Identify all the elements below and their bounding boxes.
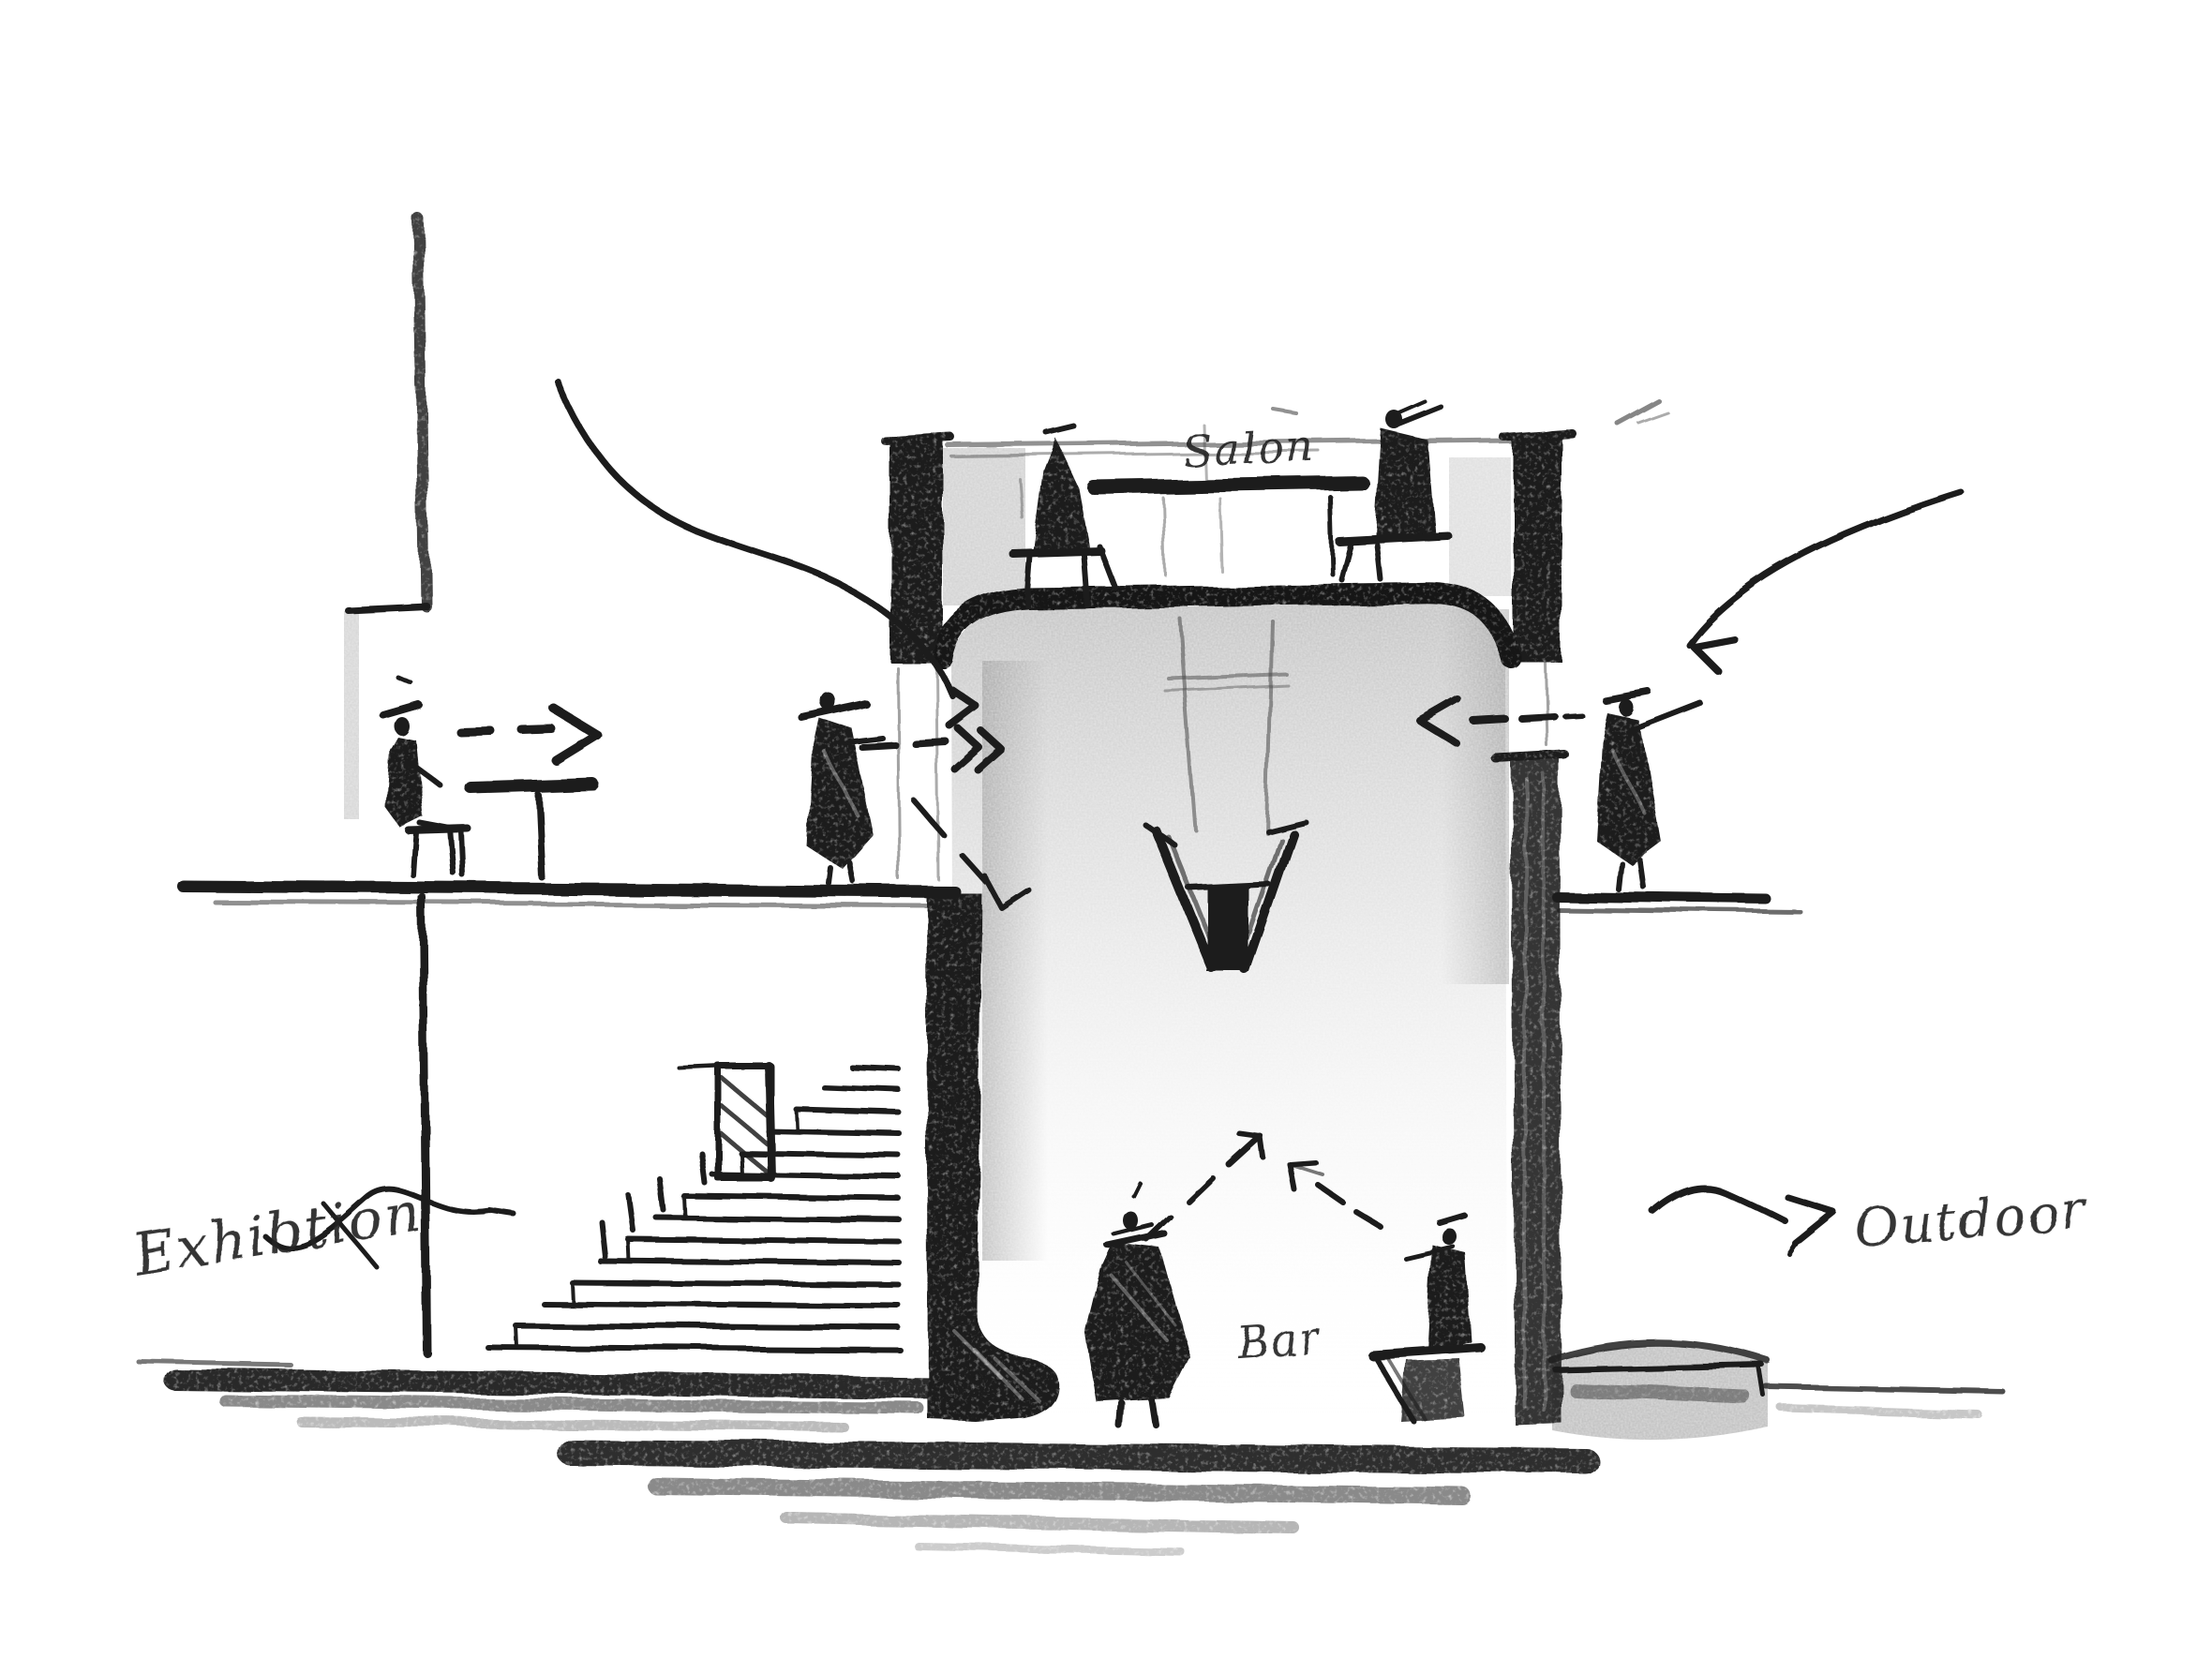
- dash: [521, 728, 551, 729]
- stair-tread: [797, 1110, 899, 1113]
- sketch-page: Salon Exhibtion Bar Outdoor: [0, 0, 2212, 1659]
- arrowhead: [1239, 1133, 1260, 1136]
- salon-left-chair-seat: [1014, 552, 1102, 555]
- stair-post: [629, 1196, 634, 1231]
- salon-left-figure-hat: [1047, 426, 1074, 433]
- salon-left-chair-leg-2: [1085, 557, 1089, 607]
- artwork-frame-right-edge: [769, 1066, 771, 1178]
- bar-standing-figure-leg-1: [1120, 1403, 1122, 1427]
- terrace-figure-leg-2: [1639, 859, 1643, 887]
- stair-riser: [572, 1282, 573, 1304]
- salon-left-wall-cap: [885, 437, 950, 441]
- stray-flick-mark: [1619, 402, 1660, 425]
- doorway-figure-leg-2: [849, 862, 853, 881]
- arrow-curve: [1652, 1188, 1786, 1221]
- upper-floor-underline: [216, 903, 928, 905]
- label-bar: Bar: [1235, 1312, 1324, 1368]
- exhibition-stairs: [487, 1069, 900, 1350]
- label-salon: Salon: [1182, 420, 1317, 477]
- pier-streak-1: [1524, 778, 1526, 1406]
- framed-artwork: [679, 1066, 771, 1178]
- terrace-figure-leg-1: [1618, 862, 1621, 889]
- bench-leg-1: [413, 832, 416, 875]
- salon-table-leg: [1330, 497, 1332, 574]
- exhibition-upper-wall-shade: [344, 611, 359, 819]
- dash: [1473, 719, 1505, 721]
- stair-riser: [628, 1239, 629, 1261]
- salon-sketch-vertical-2: [1162, 497, 1164, 574]
- bar-seated-figure-head: [1441, 1227, 1456, 1244]
- hall-left-wall-shading: [982, 661, 1048, 1261]
- stair-tread: [600, 1261, 900, 1263]
- salon-right-figure-body: [1375, 429, 1436, 542]
- stair-post: [701, 1153, 705, 1183]
- arrowhead-tail: [1788, 1243, 1795, 1253]
- ground-band-left: [174, 1379, 1010, 1389]
- ground-band-left-2: [225, 1400, 919, 1409]
- outdoor-label-arrow-icon: [1652, 1188, 1833, 1253]
- exhibition-seated-figure-body: [386, 737, 424, 829]
- doorway-figure-arm: [849, 737, 881, 740]
- exhibition-mast: [419, 219, 425, 605]
- arrowhead: [1788, 1198, 1833, 1243]
- bar-standing-figure-leg-2: [1152, 1400, 1156, 1425]
- salon-right-chair-leg-1: [1341, 544, 1351, 579]
- salon-left-chair-leg-1: [1027, 557, 1031, 605]
- stair-tread: [684, 1196, 899, 1199]
- stair-tread: [487, 1347, 900, 1350]
- stair-tread: [656, 1218, 900, 1220]
- stair-tread: [544, 1304, 900, 1307]
- ground-band-center: [570, 1452, 1586, 1461]
- hall-right-pier-cap: [1496, 755, 1564, 758]
- salon-table-top: [1094, 483, 1362, 487]
- seated-figure-hat: [384, 706, 420, 716]
- pier-streak-2: [1543, 773, 1545, 1411]
- salon-left-wall-poche: [889, 440, 943, 662]
- salon-right-chair-seat: [1339, 536, 1448, 542]
- stair-tread: [769, 1131, 900, 1134]
- doorway-figure-head: [821, 693, 836, 711]
- right-doorway-jamb: [1546, 664, 1547, 746]
- label-exhibition: Exhibtion: [128, 1179, 426, 1290]
- display-table-top: [471, 785, 593, 788]
- outdoor-ground-line: [1766, 1386, 2002, 1391]
- arrow-curve: [1689, 492, 1961, 645]
- dash: [915, 741, 946, 743]
- terrace-figure-head: [1617, 697, 1632, 714]
- doorway-figure-leg-1: [829, 868, 830, 883]
- mast-jog-line: [348, 606, 427, 610]
- salon-left-figure-shin: [1100, 547, 1116, 589]
- arrowhead: [1260, 1136, 1263, 1157]
- exhibition-left-wall: [423, 898, 426, 1353]
- salon-sketch-vertical-3: [1220, 499, 1222, 572]
- bench-leg-2: [461, 831, 463, 875]
- seated-figure-head-flick: [397, 677, 411, 682]
- display-table-leg: [538, 795, 542, 877]
- stair-riser: [516, 1325, 516, 1347]
- ground-band-center-3: [787, 1518, 1293, 1528]
- stair-landing: [853, 1069, 900, 1070]
- stair-riser: [740, 1153, 741, 1174]
- arrowhead: [1694, 639, 1734, 671]
- seated-figure-head: [396, 718, 411, 737]
- arrowhead: [555, 710, 598, 761]
- salon-roof-tick: [1275, 411, 1297, 414]
- stair-tread: [572, 1282, 899, 1285]
- stair-riser: [684, 1196, 685, 1218]
- stair-post: [660, 1179, 664, 1210]
- funnel-core: [1207, 886, 1248, 972]
- stair-post: [601, 1221, 605, 1256]
- salon-right-wall-poche: [1513, 438, 1562, 662]
- ground-band-center-2: [656, 1486, 1462, 1496]
- hall-right-wall-shading: [1442, 609, 1509, 984]
- terrace-figure-stick: [1627, 702, 1699, 730]
- terrace-figure-body: [1597, 715, 1661, 864]
- bar-seated-figure-body: [1427, 1245, 1472, 1350]
- salon-right-wall-shade: [1449, 457, 1511, 596]
- left-doorway-jamb-2: [936, 667, 938, 879]
- terrace-floor: [1556, 896, 1766, 899]
- outdoor-ground-texture: [1781, 1408, 1978, 1413]
- stair-tread: [825, 1088, 900, 1091]
- upper-floor-left-tail: [139, 1362, 291, 1365]
- salon-left-wall-shade: [943, 448, 1025, 605]
- dash: [861, 744, 894, 746]
- hall-right-pier: [1511, 755, 1562, 1425]
- sketch-canvas: Salon Exhibtion Bar Outdoor: [0, 0, 2212, 1659]
- left-doorway-jamb-1: [897, 667, 899, 879]
- ground-band-center-4: [919, 1547, 1181, 1552]
- dash: [459, 730, 490, 731]
- outdoor-mound-texture: [1575, 1389, 1743, 1397]
- artwork-top-tick: [679, 1066, 720, 1068]
- stair-tread: [740, 1153, 899, 1156]
- dash: [1564, 714, 1580, 715]
- label-outdoor: Outdoor: [1852, 1179, 2090, 1261]
- stair-tread: [516, 1325, 899, 1328]
- stray-flick-mark-2: [1639, 413, 1668, 424]
- terrace-floor-underline: [1558, 909, 1801, 912]
- salon-right-wall-cap: [1505, 434, 1573, 439]
- dash: [1521, 716, 1554, 718]
- exhibition-flow-arrow-icon: [459, 710, 598, 761]
- stair-tread: [628, 1239, 899, 1242]
- stair-riser: [797, 1110, 798, 1131]
- upper-floor-line: [184, 887, 954, 891]
- right-entry-curve-arrow-icon: [1689, 492, 1961, 671]
- ground-band-left-3: [300, 1421, 844, 1427]
- salon-right-chair-leg-2: [1378, 546, 1382, 580]
